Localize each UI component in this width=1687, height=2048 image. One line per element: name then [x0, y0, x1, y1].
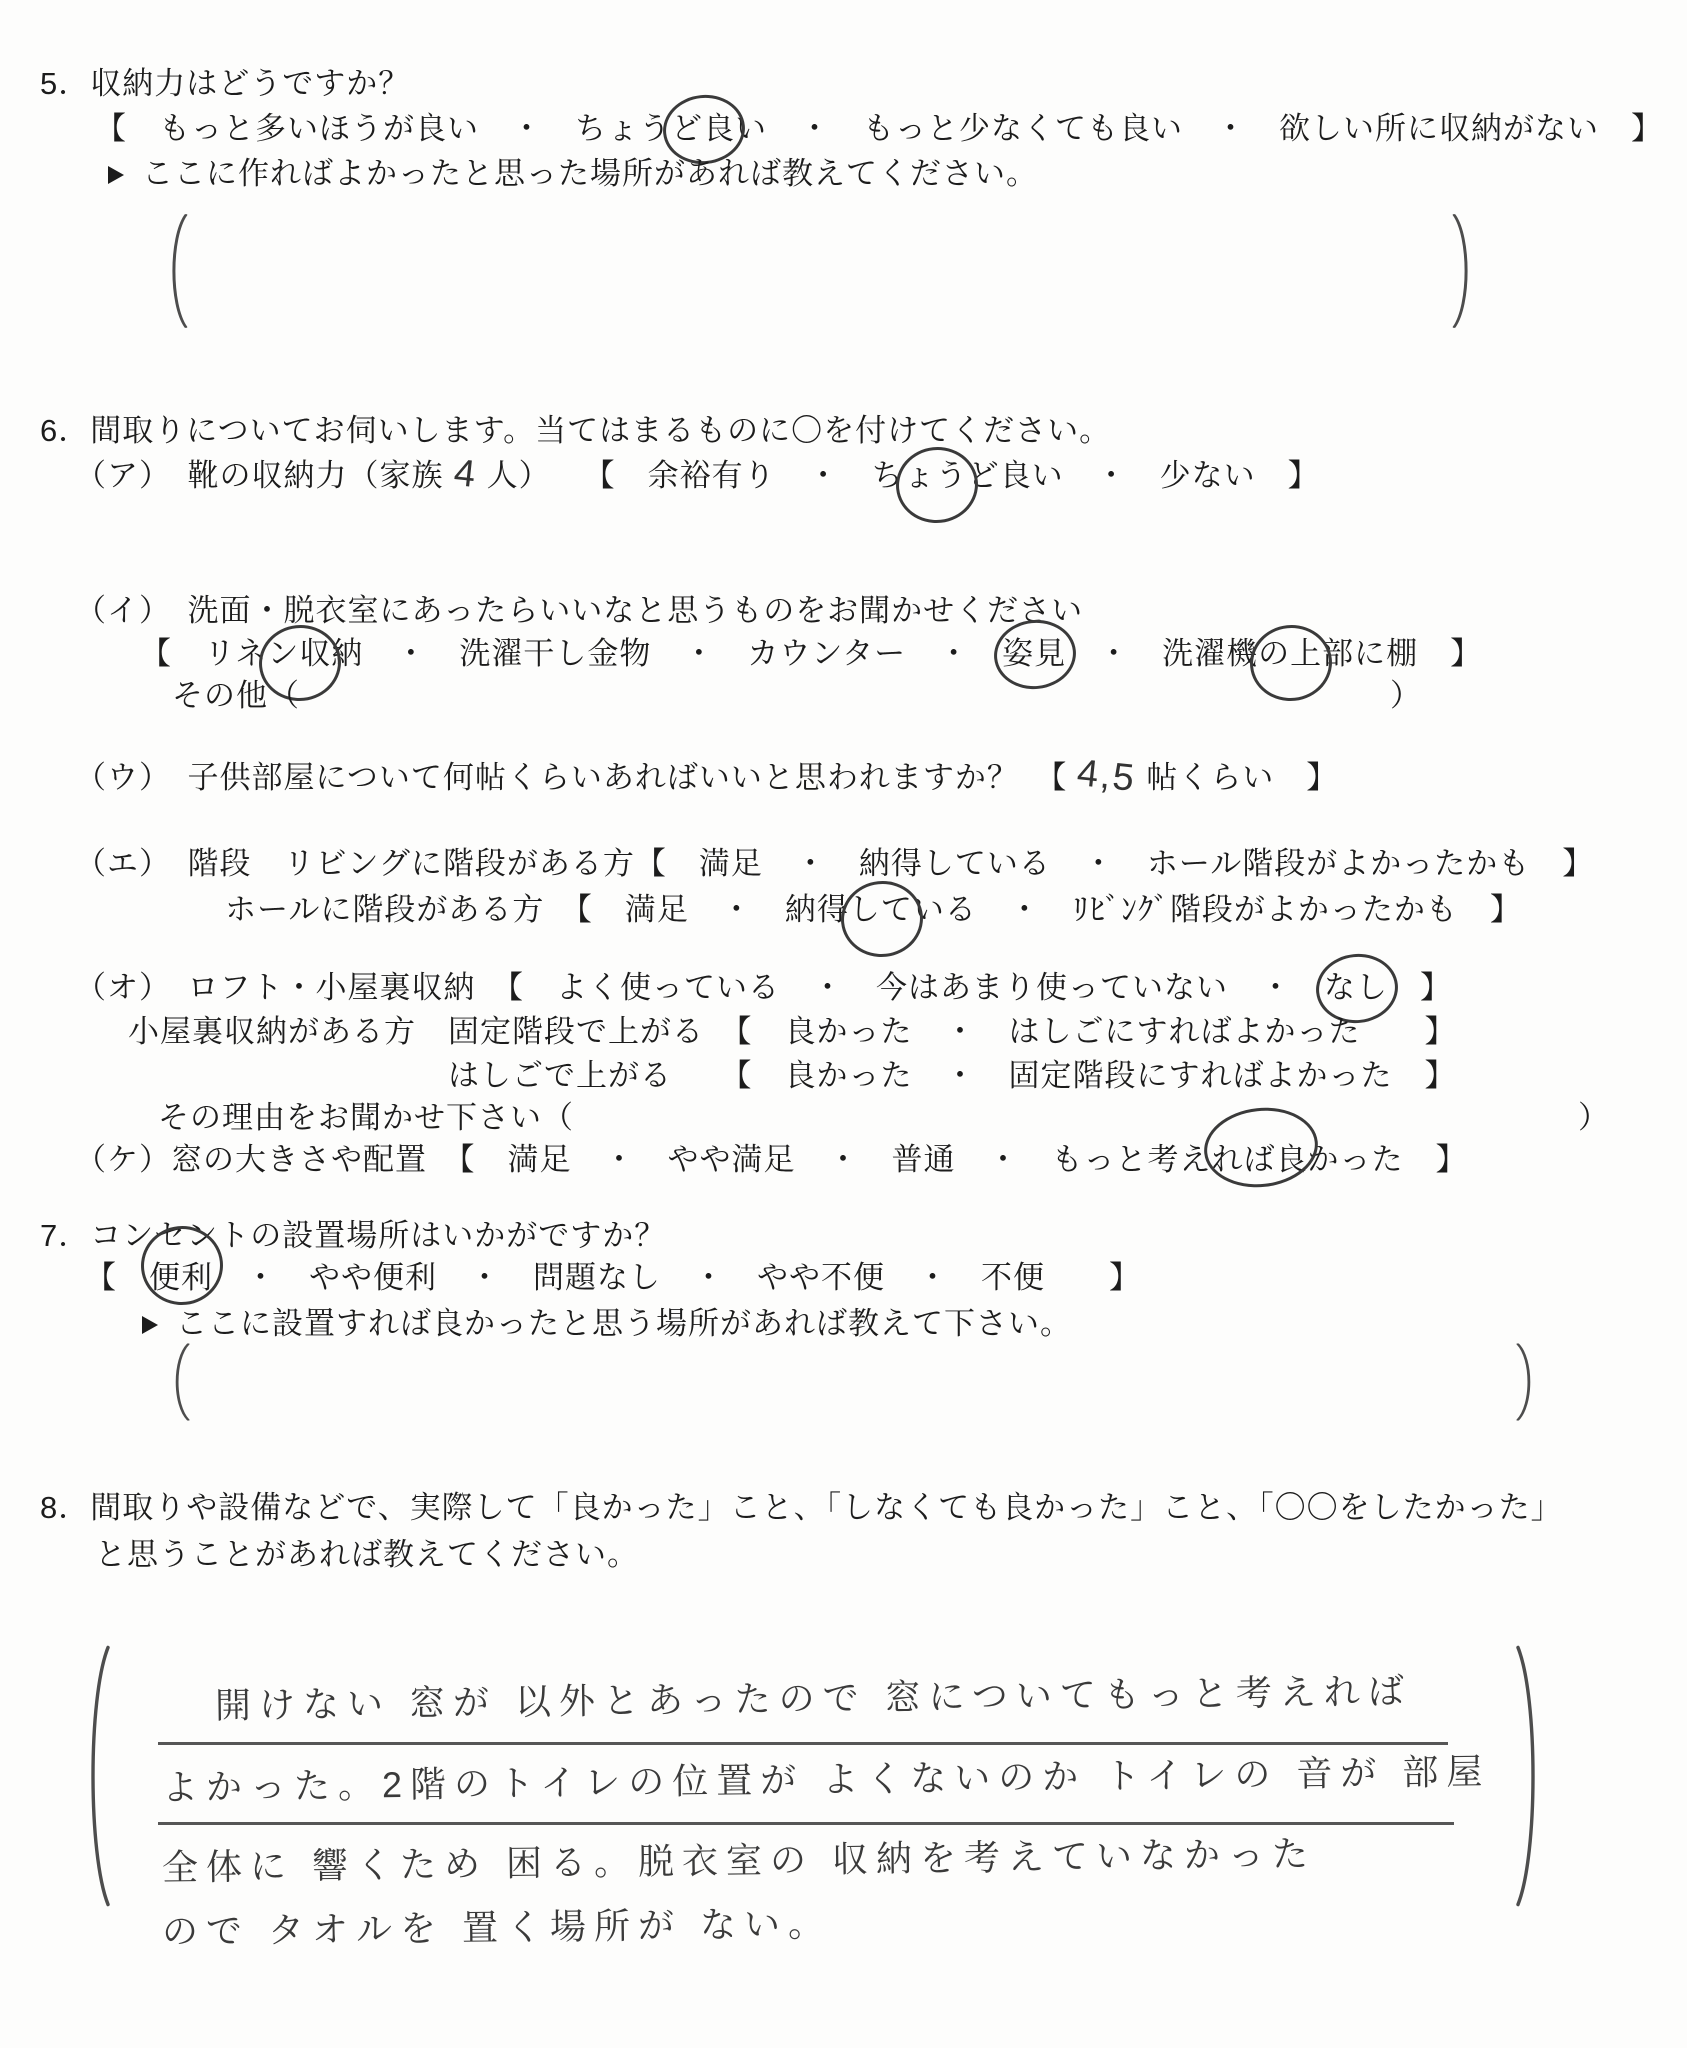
q8-handwritten-answer-line1: 開けない 窓が 以外とあったので 窓についてもっと考えれば [215, 1663, 1412, 1729]
scanned-questionnaire-page: 5．収納力はどうですか？ 【 もっと多いほうが良い ・ ちょうど良い ・ もっと… [0, 0, 1687, 2048]
q5-title: 5．収納力はどうですか？ [40, 58, 410, 103]
q7-prompt: ここに設置すれば良かったと思う場所があれば教えて下さい。 [176, 1306, 1072, 1341]
q6c-handwritten-size: 4,5 [1075, 752, 1138, 801]
q5-prompt-line: ここに作ればよかったと思った場所があれば教えてください。 [108, 148, 1038, 193]
q6b-selection-circle-mirror: 姿見 [1002, 628, 1066, 673]
q6d-line1: （エ） 階段 リビングに階段がある方【 満足 ・ 納得している ・ ホール階段が… [75, 838, 1594, 883]
q6-title: 6．間取りについてお伺いします。当てはまるものに〇を付けてください。 [40, 405, 1111, 450]
answer-rule-1 [158, 1742, 1448, 1745]
q8-handwritten-answer-line4: ので タオルを 置く場所が ない。 [162, 1896, 833, 1955]
q7-answer-bracket-right [1512, 1342, 1540, 1422]
q6d-line2-pre: ホールに階段がある方 【 満足 ・ 納得 [225, 892, 849, 927]
q7-options-post: ・ やや便利 ・ 問題なし ・ やや不便 ・ 不便 】 [213, 1260, 1141, 1295]
q6a-mid: 人） 【 余裕有り ・ ち [487, 458, 904, 493]
q6e-line3: はしごで上がる 【 良かった ・ 固定階段にすればよかった 】 [448, 1050, 1457, 1095]
q7-selection-circle: 便利 [149, 1252, 213, 1297]
q7-answer-bracket-left [166, 1342, 194, 1422]
q6k-post: かった 】 [1308, 1142, 1468, 1177]
q7-title: 7．コンセントの設置場所はいかがですか？ [40, 1210, 666, 1255]
q5-selection-circle: ど良 [671, 103, 735, 148]
q6b-other-close-paren: ） [1390, 670, 1422, 715]
q5-prompt: ここに作ればよかったと思った場所があれば教えてください。 [142, 156, 1038, 191]
q6k-line: （ケ）窓の大きさや配置 【 満足 ・ やや満足 ・ 普通 ・ もっと考えれば良か… [75, 1134, 1468, 1179]
q6a-line: （ア） 靴の収納力（家族4人） 【 余裕有り ・ ちょうど良い ・ 少ない 】 [75, 450, 1320, 496]
q6b-selection-circle-linen: ン収 [267, 628, 331, 673]
q6d-line2: ホールに階段がある方 【 満足 ・ 納得している ・ ﾘﾋﾞﾝｸﾞ階段がよかった… [225, 884, 1522, 929]
q6a-post: ど良い ・ 少ない 】 [968, 458, 1320, 493]
q8-answer-bracket-right [1512, 1642, 1546, 1910]
q6b-header: （イ） 洗面・脱衣室にあったらいいなと思うものをお聞かせください [75, 585, 1083, 630]
q6b-selection-circle-shelf: の上 [1258, 628, 1322, 673]
q6e-selection-circle: なし [1324, 962, 1388, 1007]
q6b-other-label: その他（ [172, 670, 300, 715]
q6e-reason-label: その理由をお聞かせ下さい（ [158, 1092, 574, 1137]
answer-rule-2 [158, 1822, 1454, 1825]
arrow-bullet-icon [108, 166, 124, 184]
q7-options-line: 【 便利 ・ やや便利 ・ 問題なし ・ やや不便 ・ 不便 】 [85, 1252, 1141, 1297]
q6c-post: 帖くらい 】 [1146, 760, 1338, 795]
q6d-selection-circle: して [849, 884, 913, 929]
q8-handwritten-answer-line3: 全体に 響くため 困る。脱衣室の 収納を考えていなかった [162, 1826, 1317, 1891]
q6e-reason-close-paren: ） [1578, 1092, 1610, 1137]
q6e-line1-pre: （オ） ロフト・小屋裏収納 【 よく使っている ・ 今はあまり使っていない ・ [75, 970, 1324, 1005]
q8-handwritten-answer-line2: よかった。2階のトイレの位置が よくないのか トイレの 音が 部屋 [162, 1744, 1491, 1811]
q5-answer-bracket-left [162, 212, 192, 330]
q6k-pre: （ケ）窓の大きさや配置 【 満足 ・ やや満足 ・ 普通 ・ もっと考え [75, 1142, 1212, 1177]
q5-options-pre: 【 もっと多いほうが良い ・ ちょう [95, 111, 671, 146]
q8-title-line1: 8．間取りや設備などで、実際して「良かった」こと、「しなくても良かった」こと、「… [40, 1482, 1563, 1527]
q6a-pre: （ア） 靴の収納力（家族 [75, 458, 444, 493]
q6c-line: （ウ） 子供部屋について何帖くらいあればいいと思われますか？ 【4,5帖くらい … [75, 752, 1338, 798]
q7-prompt-line: ここに設置すれば良かったと思う場所があれば教えて下さい。 [142, 1298, 1072, 1343]
q6k-selection-circle: れば良 [1212, 1134, 1308, 1179]
q6a-selection-circle: ょう [904, 450, 968, 495]
q8-answer-bracket-left [80, 1642, 114, 1910]
q5-answer-bracket-right [1448, 212, 1478, 330]
q6e-line2: 小屋裏収納がある方 固定階段で上がる 【 良かった ・ はしごにすればよかった … [128, 1006, 1457, 1051]
q6c-pre: （ウ） 子供部屋について何帖くらいあればいいと思われますか？ 【 [75, 760, 1067, 795]
q6d-line2-post: いる ・ ﾘﾋﾞﾝｸﾞ階段がよかったかも 】 [913, 892, 1522, 927]
q6b-s1: 納 ・ 洗濯干し金物 ・ カウンター ・ [331, 636, 1002, 671]
q7-options-pre: 【 [85, 1260, 149, 1295]
q5-options-post: い ・ もっと少なくても良い ・ 欲しい所に収納がない 】 [735, 111, 1663, 146]
q5-options-line: 【 もっと多いほうが良い ・ ちょうど良い ・ もっと少なくても良い ・ 欲しい… [95, 103, 1663, 148]
arrow-bullet-icon [142, 1316, 158, 1334]
q6b-options-line: 【 リネン収納 ・ 洗濯干し金物 ・ カウンター ・ 姿見 ・ 洗濯機の上部に棚… [140, 628, 1482, 673]
q6b-s3: 部に棚 】 [1322, 636, 1482, 671]
q6a-handwritten-family-count: 4 [451, 452, 479, 497]
q6e-line1: （オ） ロフト・小屋裏収納 【 よく使っている ・ 今はあまり使っていない ・ … [75, 962, 1452, 1007]
q8-title-line2: と思うことがあれば教えてください。 [95, 1529, 639, 1574]
q6b-s2: ・ 洗濯機 [1066, 636, 1258, 671]
q6e-line1-post: 】 [1388, 970, 1452, 1005]
q6b-s0: 【 リネ [140, 636, 267, 671]
